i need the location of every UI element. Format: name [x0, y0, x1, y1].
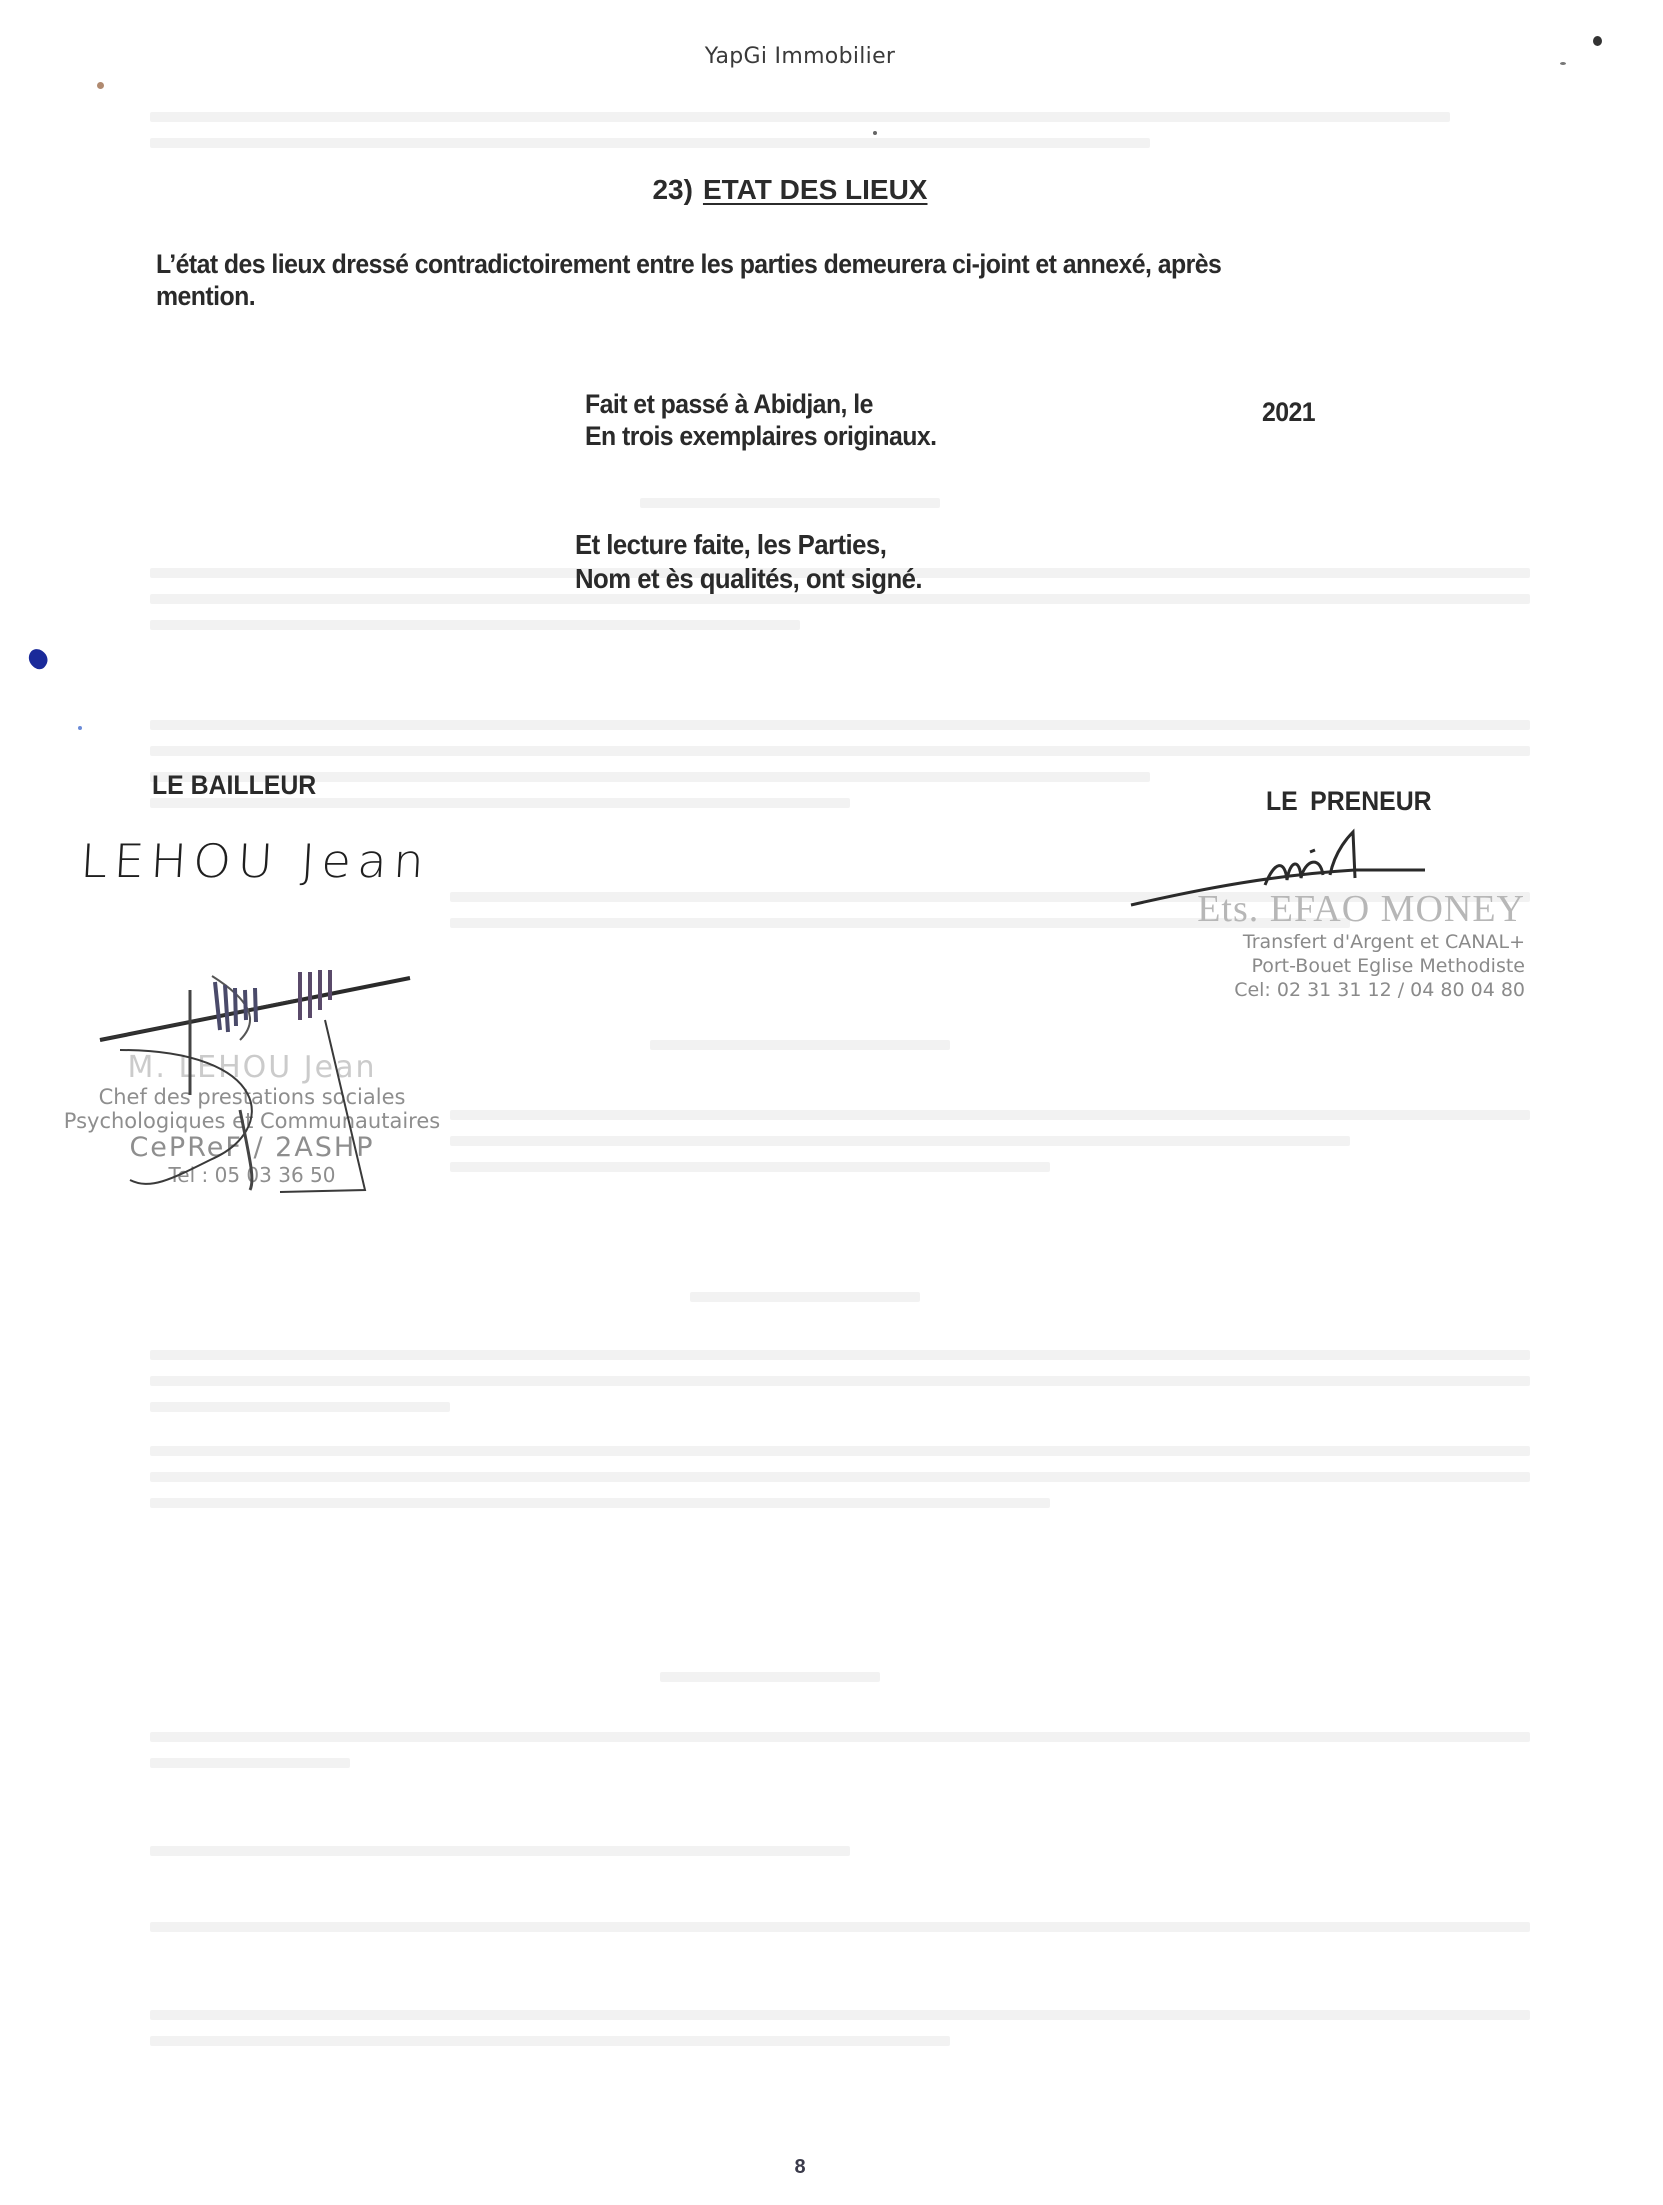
- lessor-label: LE BAILLEUR: [152, 770, 316, 801]
- lessee-signature: [1125, 830, 1445, 910]
- lessee-label: LE PRENEUR: [1266, 786, 1432, 817]
- closing-place-date: Fait et passé à Abidjan, le En trois exe…: [585, 388, 1321, 452]
- article-title: 23)ETAT DES LIEUX: [0, 174, 1580, 206]
- paragraph-line: L’état des lieux dressé contradictoireme…: [156, 248, 1490, 280]
- scan-speck: [78, 726, 82, 730]
- stamp-line: Port-Bouet Eglise Methodiste: [1195, 954, 1525, 978]
- ink-blot: [25, 646, 52, 672]
- place-line: Fait et passé à Abidjan, le: [585, 388, 1321, 420]
- stamp-line: Cel: 02 31 31 12 / 04 80 04 80: [1195, 978, 1525, 1002]
- scan-speck: [97, 82, 104, 89]
- lessor-handwritten-name: LEHOU Jean: [79, 834, 432, 888]
- stamp-line: Transfert d'Argent et CANAL+: [1195, 930, 1525, 954]
- lessor-signature: [90, 960, 430, 1200]
- read-and-signed: Et lecture faite, les Parties, Nom et ès…: [575, 528, 1219, 596]
- company-header: YapGi Immobilier: [0, 44, 1600, 69]
- page-number: 8: [0, 2156, 1600, 2179]
- signed-line: Nom et ès qualités, ont signé.: [575, 562, 1219, 596]
- closing-year: 2021: [1262, 396, 1315, 428]
- article-paragraph: L’état des lieux dressé contradictoireme…: [156, 248, 1490, 312]
- article-heading: ETAT DES LIEUX: [703, 174, 928, 205]
- copies-line: En trois exemplaires originaux.: [585, 420, 1321, 452]
- article-number: 23): [652, 174, 692, 205]
- paragraph-line: mention.: [156, 280, 1490, 312]
- scan-speck: [873, 131, 877, 135]
- read-line: Et lecture faite, les Parties,: [575, 528, 1219, 562]
